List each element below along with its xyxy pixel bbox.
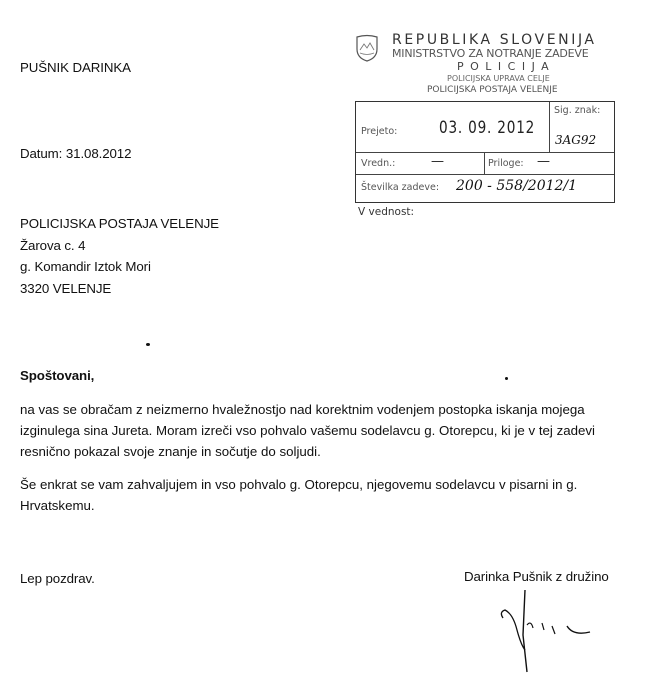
coat-of-arms-icon: [355, 34, 379, 62]
paragraph-1: na vas se obračam z neizmerno hvaležnost…: [20, 399, 650, 462]
letter-date: Datum: 31.08.2012: [20, 146, 131, 161]
value-value: —: [431, 154, 444, 169]
signature-name: Darinka Pušnik z družino: [464, 569, 609, 584]
received-date: 03. 09. 2012: [439, 118, 535, 138]
paragraph-line: izginulega sina Jureta. Moram izreči vso…: [20, 420, 650, 441]
attachments-value: —: [537, 154, 550, 169]
notice-label: V vednost:: [358, 206, 414, 218]
recipient-line-2: Žarova c. 4: [20, 238, 85, 253]
stamp-station: POLICIJSKA POSTAJA VELENJE: [427, 85, 558, 95]
scan-speck: [505, 377, 508, 380]
handwritten-signature: [495, 590, 605, 675]
recipient-line-4: 3320 VELENJE: [20, 281, 111, 296]
recipient-line-1: POLICIJSKA POSTAJA VELENJE: [20, 216, 219, 231]
stamp-directorate: POLICIJSKA UPRAVA CELJE: [447, 74, 550, 83]
paragraph-line: na vas se obračam z neizmerno hvaležnost…: [20, 399, 650, 420]
closing: Lep pozdrav.: [20, 571, 95, 586]
paragraph-line: Hrvatskemu.: [20, 495, 650, 516]
stamp-police: POLICIJA: [457, 60, 555, 73]
paragraph-line: resnično pokazal svoje znanje in sočutje…: [20, 441, 650, 462]
recipient-line-3: g. Komandir Iztok Mori: [20, 259, 151, 274]
sig-label: Sig. znak:: [554, 105, 600, 116]
attachments-label: Priloge:: [488, 158, 524, 169]
received-label: Prejeto:: [361, 126, 397, 137]
stamp-registry-box: Prejeto: 03. 09. 2012 Sig. znak: 3AG92 V…: [355, 101, 615, 203]
case-number: 200 - 558/2012/1: [456, 178, 577, 194]
sig-value: 3AG92: [555, 133, 596, 147]
paragraph-line: Še enkrat se vam zahvaljujem in vso pohv…: [20, 474, 650, 495]
paragraph-2: Še enkrat se vam zahvaljujem in vso pohv…: [20, 474, 650, 516]
stamp-ministry: MINISTRSTVO ZA NOTRANJE ZADEVE: [392, 47, 589, 60]
case-label: Številka zadeve:: [361, 182, 439, 193]
greeting: Spoštovani,: [20, 368, 94, 383]
value-label: Vredn.:: [361, 158, 395, 169]
scan-speck: [146, 343, 150, 346]
stamp-republic: REPUBLIKA SLOVENIJA: [392, 32, 597, 48]
sender-name: PUŠNIK DARINKA: [20, 60, 131, 75]
